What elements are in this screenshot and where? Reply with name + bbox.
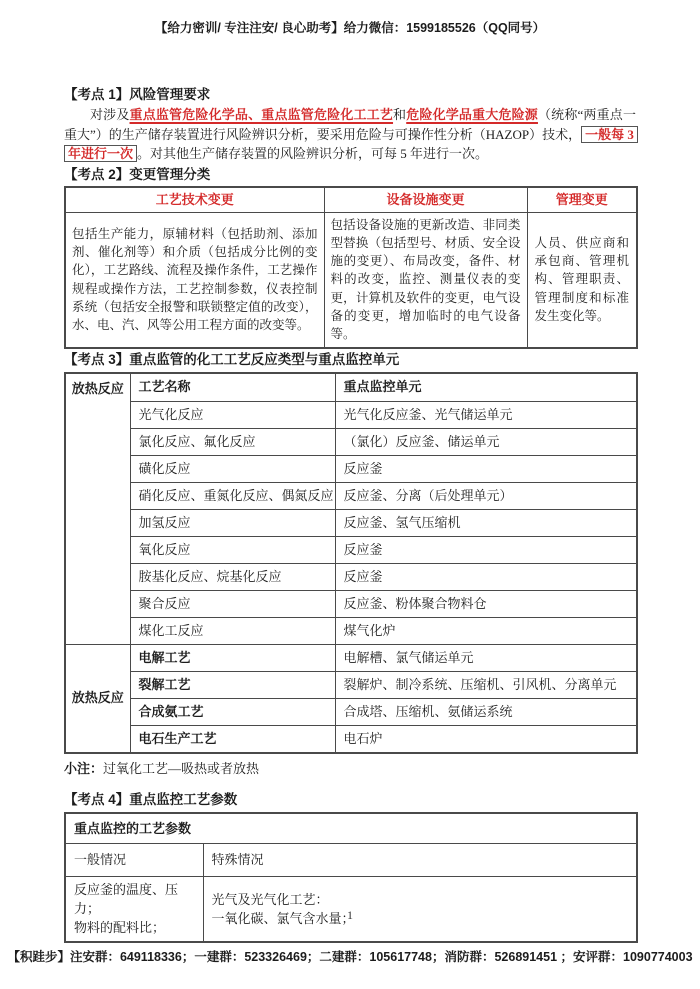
- kaodian4-title: 【考点 4】重点监控工艺参数: [64, 791, 636, 809]
- process-cell: 磺化反应: [130, 455, 335, 482]
- page-footer: 【积跬步】注安群：649118336；一建群：523326469；二建群：105…: [0, 949, 700, 965]
- process-cell: 电解工艺: [130, 644, 335, 671]
- table-row: 加氢反应 反应釜、氢气压缩机: [65, 509, 637, 536]
- process-cell: 胺基化反应、烷基化反应: [130, 563, 335, 590]
- unit-cell: 电石炉: [335, 725, 637, 753]
- kaodian1-title: 【考点 1】风险管理要求: [64, 86, 636, 104]
- table-row: 光气化反应 光气化反应釜、光气储运单元: [65, 401, 637, 428]
- table-cell: 人员、供应商和承包商、管理机构、管理职责、管理制度和标准发生变化等。: [527, 212, 637, 348]
- group-label: 放热反应: [65, 373, 130, 645]
- table-header-row: 工艺技术变更 设备设施变更 管理变更: [65, 187, 637, 213]
- table-row: 裂解工艺 裂解炉、制冷系统、压缩机、引风机、分离单元: [65, 671, 637, 698]
- text-segment: 对涉及: [90, 107, 130, 122]
- table-row: 煤化工反应 煤气化炉: [65, 617, 637, 644]
- unit-cell: （氯化）反应釜、储运单元: [335, 428, 637, 455]
- process-cell: 硝化反应、重氮化反应、偶氮反应: [130, 482, 335, 509]
- table-row: 磺化反应 反应釜: [65, 455, 637, 482]
- kaodian3-title: 【考点 3】重点监管的化工工艺反应类型与重点监控单元: [64, 351, 636, 369]
- highlight-red-underline: 重点监管危险化学品、重点监管危险化工工艺: [130, 107, 394, 122]
- highlight-red-underline: 危险化学品重大危险源: [406, 107, 538, 122]
- table-caption-row: 重点监控的工艺参数: [65, 813, 637, 844]
- table-row: 合成氨工艺 合成塔、压缩机、氨储运系统: [65, 698, 637, 725]
- unit-cell: 反应釜: [335, 455, 637, 482]
- text-segment: 和: [393, 107, 406, 122]
- column-header: 特殊情况: [203, 844, 637, 877]
- note-text: 过氧化工艺—吸热或者放热: [103, 761, 259, 776]
- table-row: 胺基化反应、烷基化反应 反应釜: [65, 563, 637, 590]
- unit-cell: 反应釜、分离（后处理单元）: [335, 482, 637, 509]
- table-cell: 包括生产能力，原辅材料（包括助剂、添加剂、催化剂等）和介质（包括成分比例的变化）…: [65, 212, 324, 348]
- table-row: 氧化反应 反应釜: [65, 536, 637, 563]
- process-cell: 聚合反应: [130, 590, 335, 617]
- page-number: 1: [0, 906, 700, 926]
- process-cell: 氯化反应、氟化反应: [130, 428, 335, 455]
- table-row: 电石生产工艺 电石炉: [65, 725, 637, 753]
- unit-cell: 反应釜: [335, 563, 637, 590]
- note-label: 小注：: [64, 761, 103, 776]
- unit-cell: 电解槽、氯气储运单元: [335, 644, 637, 671]
- column-header: 工艺技术变更: [65, 187, 324, 213]
- process-cell: 裂解工艺: [130, 671, 335, 698]
- column-header: 管理变更: [527, 187, 637, 213]
- table-cell: 包括设备设施的更新改造、非同类型替换（包括型号、材质、安全设施的变更）、布局改变…: [324, 212, 527, 348]
- kaodian2-title: 【考点 2】变更管理分类: [64, 166, 636, 184]
- unit-cell: 光气化反应釜、光气储运单元: [335, 401, 637, 428]
- table-row: 包括生产能力，原辅材料（包括助剂、添加剂、催化剂等）和介质（包括成分比例的变化）…: [65, 212, 637, 348]
- column-header: 一般情况: [65, 844, 203, 877]
- table-row: 放热反应 电解工艺 电解槽、氯气储运单元: [65, 644, 637, 671]
- process-cell: 氧化反应: [130, 536, 335, 563]
- unit-cell: 裂解炉、制冷系统、压缩机、引风机、分离单元: [335, 671, 637, 698]
- group-label: 放热反应: [65, 644, 130, 753]
- process-cell: 煤化工反应: [130, 617, 335, 644]
- table-row: 氯化反应、氟化反应 （氯化）反应釜、储运单元: [65, 428, 637, 455]
- table-row: 聚合反应 反应釜、粉体聚合物料仓: [65, 590, 637, 617]
- table-header-row: 一般情况 特殊情况: [65, 844, 637, 877]
- table-caption: 重点监控的工艺参数: [65, 813, 637, 844]
- process-monitoring-table: 放热反应 工艺名称 重点监控单元 光气化反应 光气化反应釜、光气储运单元 氯化反…: [64, 372, 638, 754]
- process-cell: 合成氨工艺: [130, 698, 335, 725]
- unit-cell: 反应釜、粉体聚合物料仓: [335, 590, 637, 617]
- column-header: 重点监控单元: [335, 373, 637, 402]
- process-cell: 光气化反应: [130, 401, 335, 428]
- unit-cell: 反应釜、氢气压缩机: [335, 509, 637, 536]
- note-line: 小注：过氧化工艺—吸热或者放热: [64, 759, 636, 779]
- document-content: 【考点 1】风险管理要求 对涉及重点监管危险化学品、重点监管危险化工工艺和危险化…: [64, 86, 636, 943]
- table-row: 硝化反应、重氮化反应、偶氮反应 反应釜、分离（后处理单元）: [65, 482, 637, 509]
- unit-cell: 煤气化炉: [335, 617, 637, 644]
- unit-cell: 反应釜: [335, 536, 637, 563]
- table-header-row: 放热反应 工艺名称 重点监控单元: [65, 373, 637, 402]
- process-cell: 电石生产工艺: [130, 725, 335, 753]
- process-cell: 加氢反应: [130, 509, 335, 536]
- column-header: 设备设施变更: [324, 187, 527, 213]
- kaodian1-paragraph: 对涉及重点监管危险化学品、重点监管危险化工工艺和危险化学品重大危险源（统称“两重…: [64, 105, 636, 164]
- change-management-table: 工艺技术变更 设备设施变更 管理变更 包括生产能力，原辅材料（包括助剂、添加剂、…: [64, 186, 638, 349]
- column-header: 工艺名称: [130, 373, 335, 402]
- unit-cell: 合成塔、压缩机、氨储运系统: [335, 698, 637, 725]
- page-header: 【给力密训/ 专注注安/ 良心助考】给力微信：1599185526（QQ同号）: [0, 20, 700, 36]
- text-segment: 。对其他生产储存装置的风险辨识分析，可每 5 年进行一次。: [137, 146, 488, 161]
